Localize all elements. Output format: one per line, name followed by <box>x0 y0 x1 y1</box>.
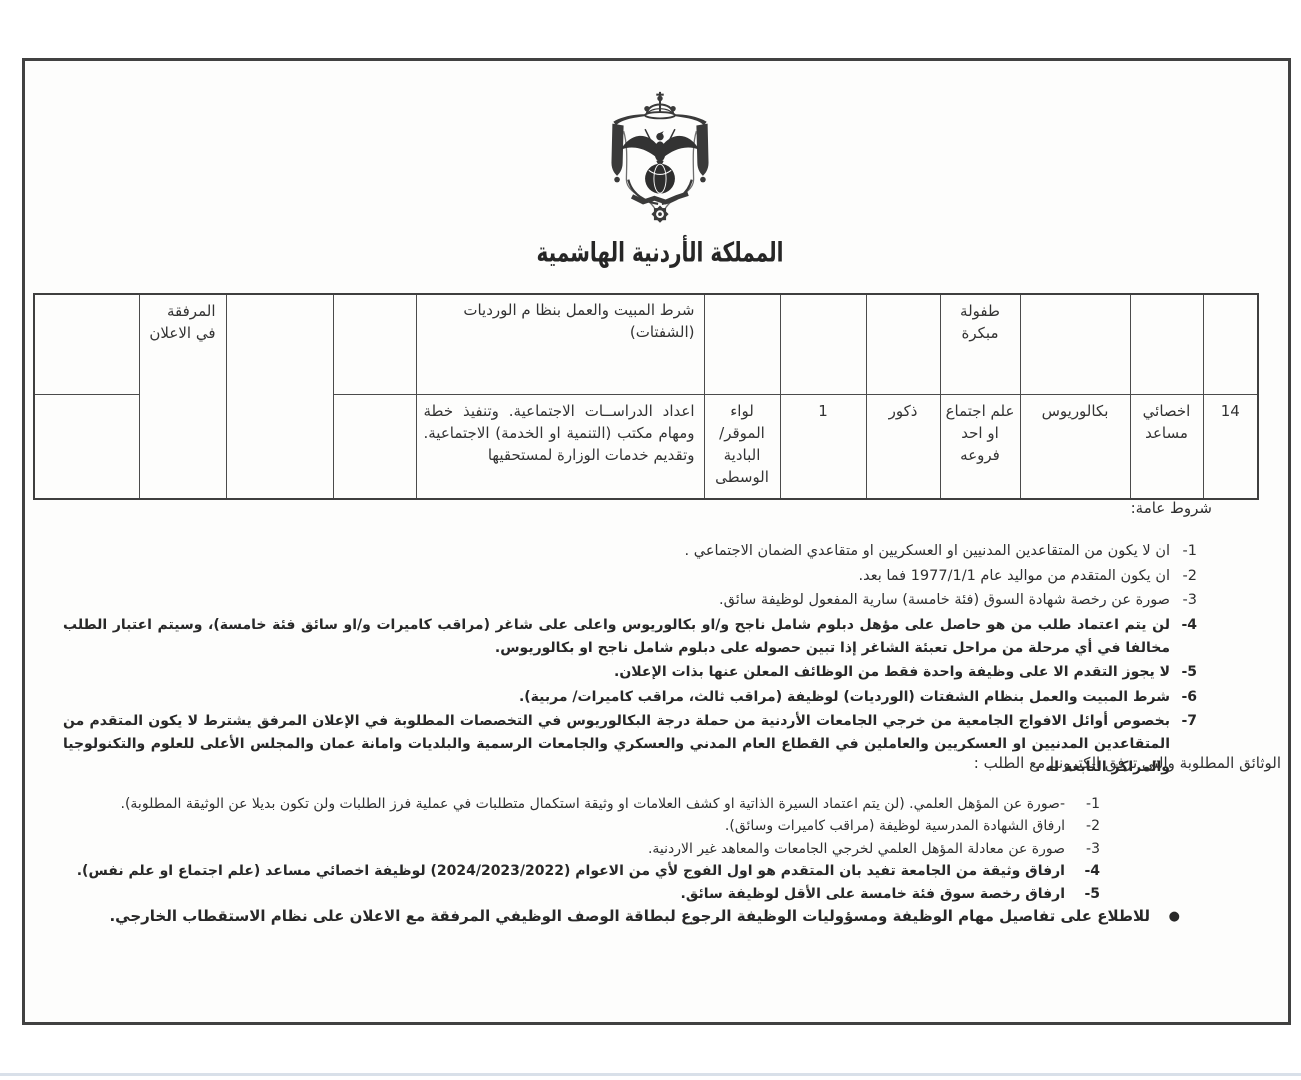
scan-edge-line <box>0 1073 1301 1076</box>
cell-job-tasks: اعداد الدراســات الاجتماعية. وتنفيذ خطة … <box>416 395 704 500</box>
document-number: 3- <box>1065 838 1100 860</box>
document-text: ارفاق الشهادة المدرسية لوظيفة (مراقب كام… <box>195 815 1065 837</box>
eagle <box>621 129 699 168</box>
crown <box>645 92 675 119</box>
condition-item: 2- ان يكون المتقدم من مواليد عام 1977/1/… <box>63 565 1197 588</box>
condition-item: 1- ان لا يكون من المتقاعدين المدنيين او … <box>63 540 1197 563</box>
document-item: 5- ارفاق رخصة سوق فئة خامسة على الأقل لو… <box>195 883 1100 905</box>
cell-job-count: 1 <box>780 395 866 500</box>
cell-extra1-top <box>333 294 416 395</box>
document-text: -صورة عن المؤهل العلمي. (لن يتم اعتماد ا… <box>121 793 1065 815</box>
cell-job-qualification: بكالوريوس <box>1020 395 1130 500</box>
condition-number: 3- <box>1170 589 1197 612</box>
condition-text: ان يكون المتقدم من مواليد عام 1977/1/1 ف… <box>63 565 1170 588</box>
cell-tasks-top: شرط المبيت والعمل بنظا م الورديات (الشفت… <box>416 294 704 395</box>
condition-number: 4- <box>1170 614 1197 660</box>
document-item: 2- ارفاق الشهادة المدرسية لوظيفة (مراقب … <box>195 815 1100 837</box>
cell-count-top <box>780 294 866 395</box>
condition-text: لا يجوز التقدم الا على وظيفة واحدة فقط م… <box>63 661 1170 684</box>
conditions-list: 1- ان لا يكون من المتقاعدين المدنيين او … <box>63 540 1197 781</box>
documents-list: 1- -صورة عن المؤهل العلمي. (لن يتم اعتما… <box>195 793 1100 905</box>
condition-number: 5- <box>1170 661 1197 684</box>
document-number: 1- <box>1065 793 1100 815</box>
cell-job-location: لواء الموقر/ البادية الوسطى <box>704 395 780 500</box>
document-text: صورة عن معادلة المؤهل العلمي لخرجي الجام… <box>195 838 1065 860</box>
kingdom-title-calligraphy: المملكة الأردنية الهاشمية <box>535 221 785 283</box>
condition-item: 4- لن يتم اعتماد طلب من هو حاصل على مؤهل… <box>63 614 1197 660</box>
condition-item: 3- صورة عن رخصة شهادة السوق (فئة خامسة) … <box>63 589 1197 612</box>
cell-attached-note: المرفقة في الاعلان <box>139 294 226 499</box>
cell-job-specialization: علم اجتماع او احد فروعه <box>940 395 1020 500</box>
condition-number: 2- <box>1170 565 1197 588</box>
cell-job-title: اخصائي مساعد <box>1130 395 1203 500</box>
coat-of-arms-svg <box>604 86 716 234</box>
document-number: 5- <box>1065 883 1100 905</box>
condition-text: شرط المبيت والعمل بنظام الشفتات (الورديا… <box>63 686 1170 709</box>
condition-item: 6- شرط المبيت والعمل بنظام الشفتات (الور… <box>63 686 1197 709</box>
cell-job-number: 14 <box>1203 395 1258 500</box>
globe <box>645 164 675 194</box>
documents-heading: الوثائق المطلوبة والتي ترفق الكترونيا مع… <box>974 754 1281 772</box>
bullet-icon: ● <box>1150 904 1180 929</box>
document-number: 4- <box>1065 860 1100 882</box>
cell-specialization-top: طفولة مبكرة <box>940 294 1020 395</box>
condition-text: لن يتم اعتماد طلب من هو حاصل على مؤهل دب… <box>63 614 1170 660</box>
conditions-heading: شروط عامة: <box>1131 499 1212 517</box>
condition-number: 1- <box>1170 540 1197 563</box>
condition-item: 5- لا يجوز التقدم الا على وظيفة واحدة فق… <box>63 661 1197 684</box>
cell-job-gender: ذكور <box>866 395 940 500</box>
document-item: 1- -صورة عن المؤهل العلمي. (لن يتم اعتما… <box>195 793 1100 815</box>
cell-extra2-span <box>226 294 333 499</box>
cell-qualification-top <box>1020 294 1130 395</box>
document-text: ارفاق رخصة سوق فئة خامسة على الأقل لوظيف… <box>195 883 1065 905</box>
cell-location-top <box>704 294 780 395</box>
cell-extra3-top <box>34 294 139 395</box>
footer-note-text: للاطلاع على تفاصيل مهام الوظيفة ومسؤوليا… <box>109 904 1150 929</box>
cell-extra1-bottom <box>333 395 416 500</box>
footer-note: ● للاطلاع على تفاصيل مهام الوظيفة ومسؤول… <box>109 904 1180 929</box>
cell-title-top <box>1130 294 1203 395</box>
job-announcement-table: طفولة مبكرة شرط المبيت والعمل بنظا م الو… <box>33 293 1259 500</box>
cell-extra3-bottom <box>34 395 139 500</box>
condition-number: 6- <box>1170 686 1197 709</box>
jordan-coat-of-arms-icon <box>604 86 716 234</box>
condition-text: ان لا يكون من المتقاعدين المدنيين او الع… <box>63 540 1170 563</box>
document-text: ارفاق وثيقة من الجامعة تفيد بان المتقدم … <box>77 860 1065 882</box>
condition-text: صورة عن رخصة شهادة السوق (فئة خامسة) سار… <box>63 589 1170 612</box>
document-item: 4- ارفاق وثيقة من الجامعة تفيد بان المتق… <box>195 860 1100 882</box>
document-number: 2- <box>1065 815 1100 837</box>
document-item: 3- صورة عن معادلة المؤهل العلمي لخرجي ال… <box>195 838 1100 860</box>
cell-number-top <box>1203 294 1258 395</box>
cell-gender-top <box>866 294 940 395</box>
